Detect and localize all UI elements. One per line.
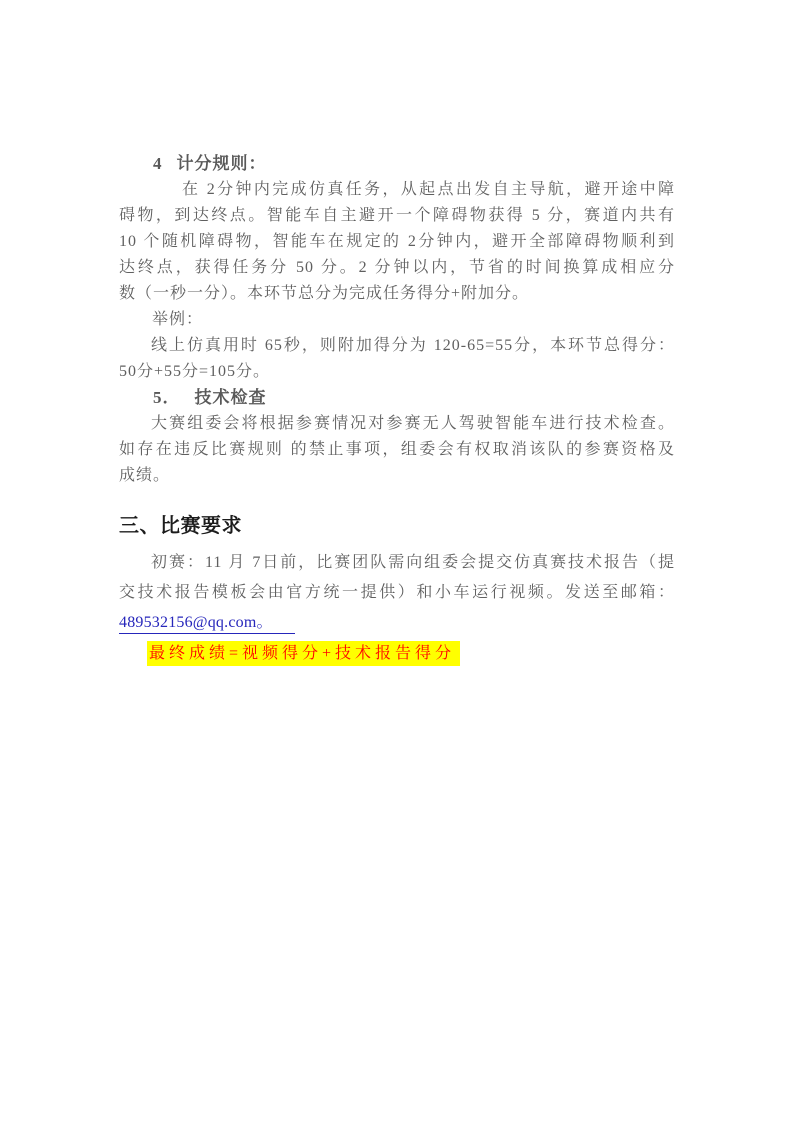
email-link[interactable]: 489532156@qq.com。	[119, 613, 295, 634]
tech-check-heading: 5．技术检查	[119, 385, 675, 411]
requirements-line: 初赛：11 月 7日前，比赛团队需向组委会提交仿真赛技术报告（提	[119, 548, 675, 578]
scoring-paragraph-line: 在 2分钟内完成仿真任务，从起点出发自主导航，避开途中障	[119, 177, 675, 203]
tech-check-line: 成绩。	[119, 463, 675, 489]
example-label: 举例：	[119, 307, 675, 333]
example-line: 50分+55分=105分。	[119, 359, 675, 385]
scoring-paragraph-line: 数（一秒一分）。本环节总分为完成任务得分+附加分。	[119, 281, 675, 307]
document-page: 4计分规则： 在 2分钟内完成仿真任务，从起点出发自主导航，避开途中障 碍物，到…	[0, 0, 793, 1122]
tech-check-heading-label: 技术检查	[195, 388, 267, 407]
example-line: 线上仿真用时 65秒，则附加得分为 120-65=55分，本环节总得分：	[119, 333, 675, 359]
final-score-line: 最终成绩=视频得分+技术报告得分	[119, 639, 675, 669]
scoring-heading-label: 计分规则：	[177, 154, 267, 173]
scoring-paragraph-line: 达终点，获得任务分 50 分。2 分钟以内，节省的时间换算成相应分	[119, 255, 675, 281]
tech-check-heading-number: 5．	[153, 388, 181, 407]
tech-check-line: 如存在违反比赛规则 的禁止事项，组委会有权取消该队的参赛资格及	[119, 437, 675, 463]
final-score-highlight: 最终成绩=视频得分+技术报告得分	[147, 641, 460, 666]
requirements-line: 交技术报告模板会由官方统一提供）和小车运行视频。发送至邮箱：	[119, 578, 675, 608]
document-content: 4计分规则： 在 2分钟内完成仿真任务，从起点出发自主导航，避开途中障 碍物，到…	[119, 151, 675, 669]
scoring-paragraph-line: 10 个随机障碍物，智能车在规定的 2分钟内，避开全部障碍物顺利到	[119, 229, 675, 255]
tech-check-line: 大赛组委会将根据参赛情况对参赛无人驾驶智能车进行技术检查。	[119, 411, 675, 437]
scoring-heading-number: 4	[153, 154, 163, 173]
scoring-paragraph-line: 碍物，到达终点。智能车自主避开一个障碍物获得 5 分，赛道内共有	[119, 203, 675, 229]
requirements-paragraph: 初赛：11 月 7日前，比赛团队需向组委会提交仿真赛技术报告（提 交技术报告模板…	[119, 548, 675, 669]
requirements-heading: 三、比赛要求	[119, 510, 675, 542]
scoring-heading: 4计分规则：	[119, 151, 675, 177]
email-line: 489532156@qq.com。	[119, 608, 675, 638]
